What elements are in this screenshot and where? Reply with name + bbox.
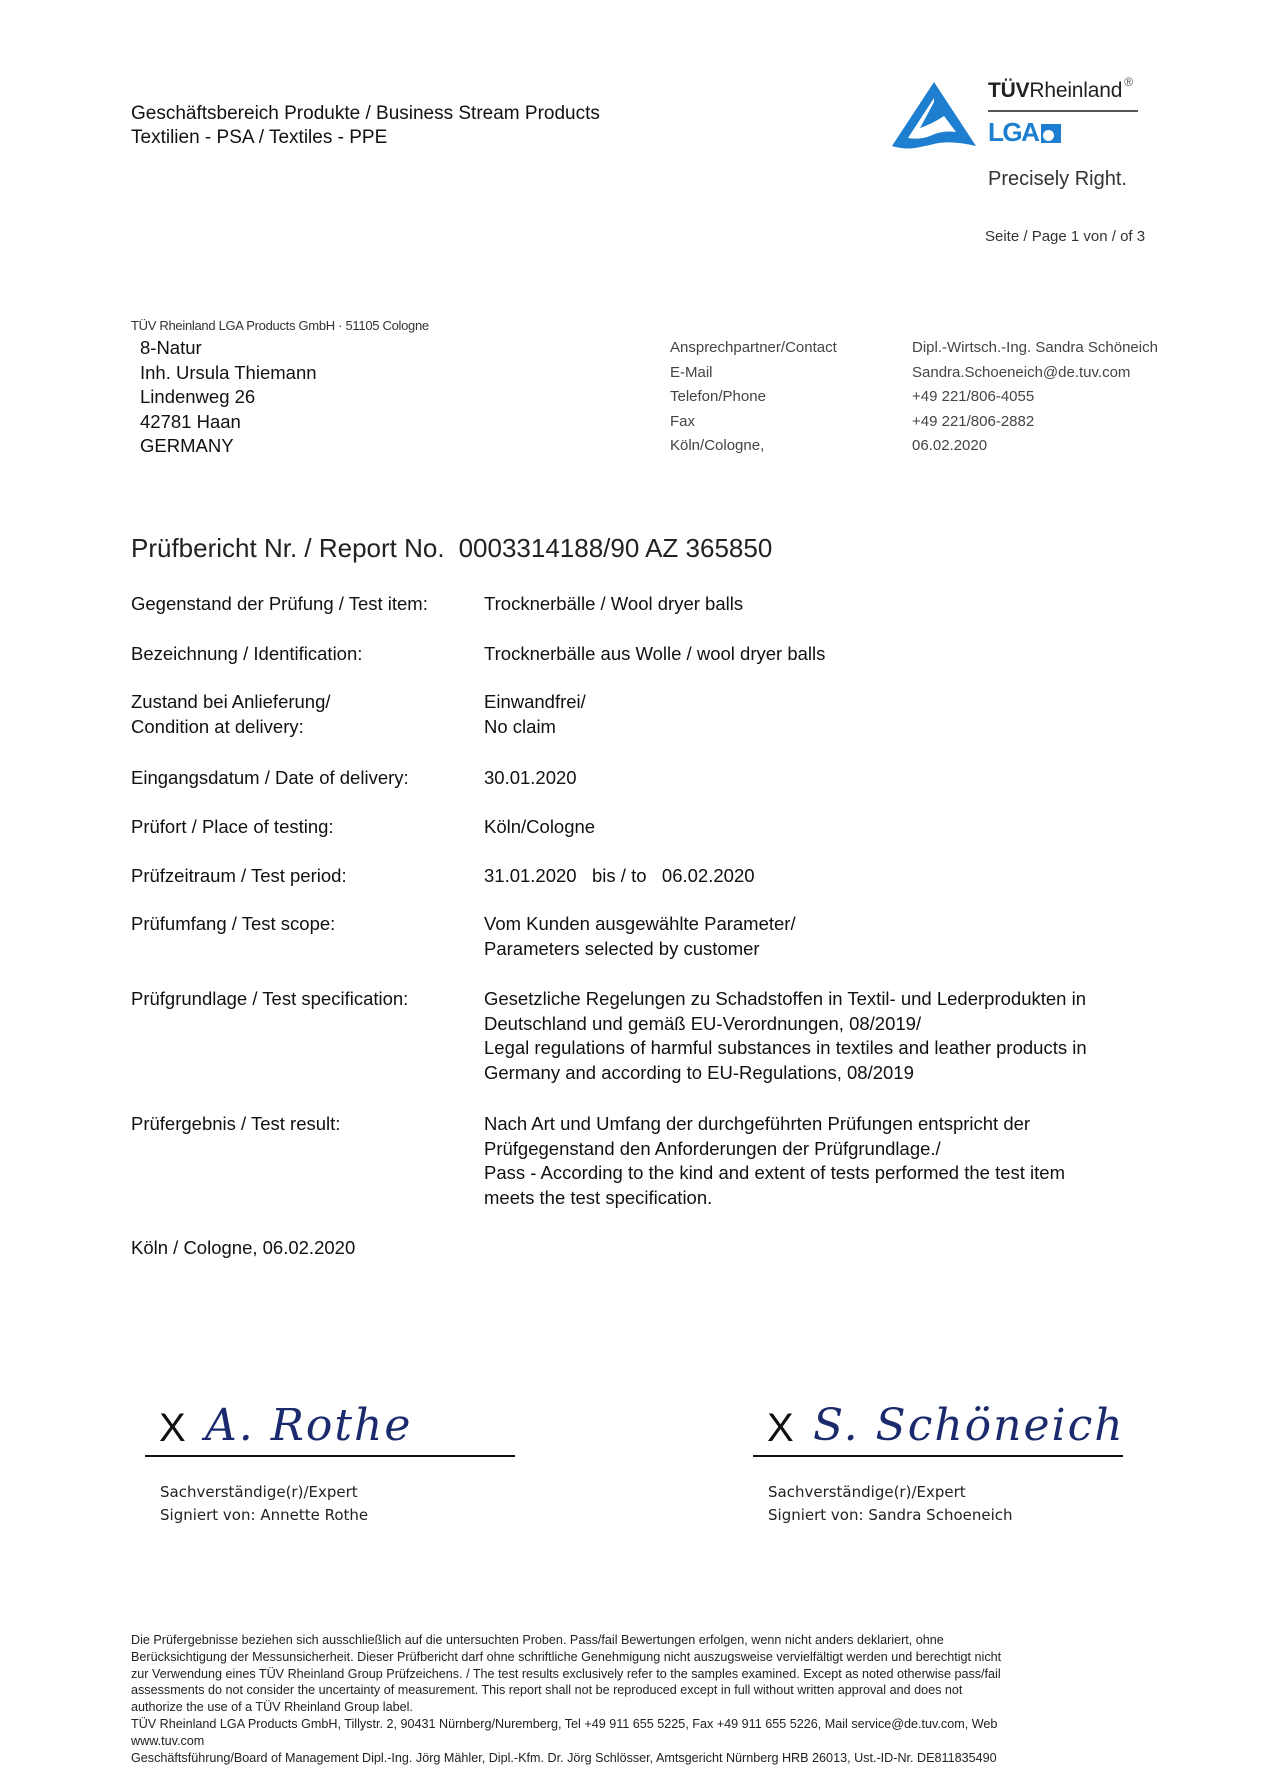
recipient-address: 8-Natur Inh. Ursula Thiemann Lindenweg 2… — [140, 336, 317, 459]
footer-line: Die Prüfergebnisse beziehen sich ausschl… — [131, 1632, 1181, 1649]
field-value-line: Trocknerbälle aus Wolle / wool dryer bal… — [484, 642, 1204, 667]
footer-line: authorize the use of a TÜV Rheinland Gro… — [131, 1699, 1181, 1716]
field-value: Nach Art und Umfang der durchgeführten P… — [484, 1112, 1204, 1210]
field-value: Köln/Cologne — [484, 815, 1204, 840]
company-logo: TÜVRheinland® LGA Precisely Right. — [890, 76, 1150, 196]
page-indicator: Seite / Page 1 von / of 3 — [985, 228, 1145, 245]
division-line-2: Textilien - PSA / Textiles - PPE — [131, 126, 600, 150]
address-line: 42781 Haan — [140, 410, 317, 435]
footer-line: Berücksichtigung der Messunsicherheit. D… — [131, 1649, 1181, 1666]
contact-labels: Ansprechpartner/Contact E-Mail Telefon/P… — [670, 336, 837, 459]
contact-label: Telefon/Phone — [670, 385, 837, 410]
field-value-line: Parameters selected by customer — [484, 937, 1204, 962]
contact-label: E-Mail — [670, 361, 837, 386]
field-value-line: 31.01.2020 bis / to 06.02.2020 — [484, 864, 1204, 889]
sub-brand: LGA — [988, 117, 1061, 148]
field-label-line: Condition at delivery: — [131, 715, 331, 740]
signature-mark: X — [767, 1406, 794, 1451]
footer-website-link[interactable]: www.tuv.com — [131, 1733, 1181, 1750]
signer-name: Signiert von: Sandra Schoeneich — [768, 1506, 1013, 1524]
tuv-triangle-logo-icon — [890, 80, 978, 152]
field-value-line: Legal regulations of harmful substances … — [484, 1036, 1204, 1061]
footer-line: assessments do not consider the uncertai… — [131, 1682, 1181, 1699]
contact-label: Köln/Cologne, — [670, 434, 837, 459]
signature-line — [145, 1455, 515, 1457]
report-number: 0003314188/90 AZ 365850 — [459, 533, 773, 563]
field-label-line: Eingangsdatum / Date of delivery: — [131, 766, 409, 791]
contact-date: 06.02.2020 — [912, 434, 1158, 459]
field-label-line: Prüfort / Place of testing: — [131, 815, 334, 840]
field-label-line: Prüfergebnis / Test result: — [131, 1112, 340, 1137]
signer-role: Sachverständige(r)/Expert — [160, 1483, 358, 1501]
footer-line: TÜV Rheinland LGA Products GmbH, Tillyst… — [131, 1716, 1181, 1733]
contact-label: Fax — [670, 410, 837, 435]
handwritten-signature: S. Schöneich — [813, 1400, 1125, 1451]
legal-footer: Die Prüfergebnisse beziehen sich ausschl… — [131, 1632, 1181, 1766]
signature-line — [753, 1455, 1123, 1457]
field-value: 30.01.2020 — [484, 766, 1204, 791]
footer-line: zur Verwendung eines TÜV Rheinland Group… — [131, 1666, 1181, 1683]
footer-line: Geschäftsführung/Board of Management Dip… — [131, 1750, 1181, 1767]
field-label: Zustand bei Anlieferung/Condition at del… — [131, 690, 331, 739]
field-label: Eingangsdatum / Date of delivery: — [131, 766, 409, 791]
field-label: Gegenstand der Prüfung / Test item: — [131, 592, 428, 617]
field-value-line: Gesetzliche Regelungen zu Schadstoffen i… — [484, 987, 1204, 1012]
contact-fax: +49 221/806-2882 — [912, 410, 1158, 435]
brand-tagline: Precisely Right. — [988, 168, 1127, 191]
lga-box-icon — [1041, 124, 1061, 143]
signature-mark: X — [159, 1406, 186, 1451]
field-value-line: Köln/Cologne — [484, 815, 1204, 840]
field-value-line: Vom Kunden ausgewählte Parameter/ — [484, 912, 1204, 937]
signer-name: Signiert von: Annette Rothe — [160, 1506, 368, 1524]
field-label-line: Bezeichnung / Identification: — [131, 642, 362, 667]
field-value: Trocknerbälle / Wool dryer balls — [484, 592, 1204, 617]
field-label-line: Prüfgrundlage / Test specification: — [131, 987, 408, 1012]
field-value: Gesetzliche Regelungen zu Schadstoffen i… — [484, 987, 1204, 1085]
contact-name: Dipl.-Wirtsch.-Ing. Sandra Schöneich — [912, 336, 1158, 361]
field-label-line: Prüfumfang / Test scope: — [131, 912, 335, 937]
brand-name: TÜVRheinland® — [988, 79, 1133, 103]
field-label-line: Gegenstand der Prüfung / Test item: — [131, 592, 428, 617]
field-label: Prüfort / Place of testing: — [131, 815, 334, 840]
signer-role: Sachverständige(r)/Expert — [768, 1483, 966, 1501]
contact-phone: +49 221/806-4055 — [912, 385, 1158, 410]
contact-values: Dipl.-Wirtsch.-Ing. Sandra Schöneich San… — [912, 336, 1158, 459]
field-label: Bezeichnung / Identification: — [131, 642, 362, 667]
field-value: 31.01.2020 bis / to 06.02.2020 — [484, 864, 1204, 889]
report-title: Prüfbericht Nr. / Report No.0003314188/9… — [131, 533, 772, 564]
field-value-line: Prüfgegenstand den Anforderungen der Prü… — [484, 1137, 1204, 1162]
contact-label: Ansprechpartner/Contact — [670, 336, 837, 361]
address-line: GERMANY — [140, 434, 317, 459]
field-label-line: Prüfzeitraum / Test period: — [131, 864, 347, 889]
address-line: Lindenweg 26 — [140, 385, 317, 410]
address-line: 8-Natur — [140, 336, 317, 361]
division-header: Geschäftsbereich Produkte / Business Str… — [131, 102, 600, 150]
field-value-line: 30.01.2020 — [484, 766, 1204, 791]
division-line-1: Geschäftsbereich Produkte / Business Str… — [131, 102, 600, 126]
field-value: Einwandfrei/No claim — [484, 690, 1204, 739]
field-value-line: Nach Art und Umfang der durchgeführten P… — [484, 1112, 1204, 1137]
field-label: Prüfergebnis / Test result: — [131, 1112, 340, 1137]
field-value-line: No claim — [484, 715, 1204, 740]
address-line: Inh. Ursula Thiemann — [140, 361, 317, 386]
field-value: Trocknerbälle aus Wolle / wool dryer bal… — [484, 642, 1204, 667]
field-label: Prüfumfang / Test scope: — [131, 912, 335, 937]
contact-email[interactable]: Sandra.Schoeneich@de.tuv.com — [912, 361, 1158, 386]
sender-line: TÜV Rheinland LGA Products GmbH · 51105 … — [131, 318, 429, 333]
field-value-line: meets the test specification. — [484, 1186, 1204, 1211]
field-value-line: Pass - According to the kind and extent … — [484, 1161, 1204, 1186]
brand-divider — [988, 110, 1138, 112]
report-title-label: Prüfbericht Nr. / Report No. — [131, 533, 445, 563]
field-value-line: Germany and according to EU-Regulations,… — [484, 1061, 1204, 1086]
field-label: Prüfgrundlage / Test specification: — [131, 987, 408, 1012]
field-value-line: Trocknerbälle / Wool dryer balls — [484, 592, 1204, 617]
field-value-line: Deutschland und gemäß EU-Verordnungen, 0… — [484, 1012, 1204, 1037]
field-label-line: Zustand bei Anlieferung/ — [131, 690, 331, 715]
place-date: Köln / Cologne, 06.02.2020 — [131, 1237, 355, 1259]
field-value: Vom Kunden ausgewählte Parameter/Paramet… — [484, 912, 1204, 961]
field-value-line: Einwandfrei/ — [484, 690, 1204, 715]
handwritten-signature: A. Rothe — [205, 1400, 412, 1451]
field-label: Prüfzeitraum / Test period: — [131, 864, 347, 889]
